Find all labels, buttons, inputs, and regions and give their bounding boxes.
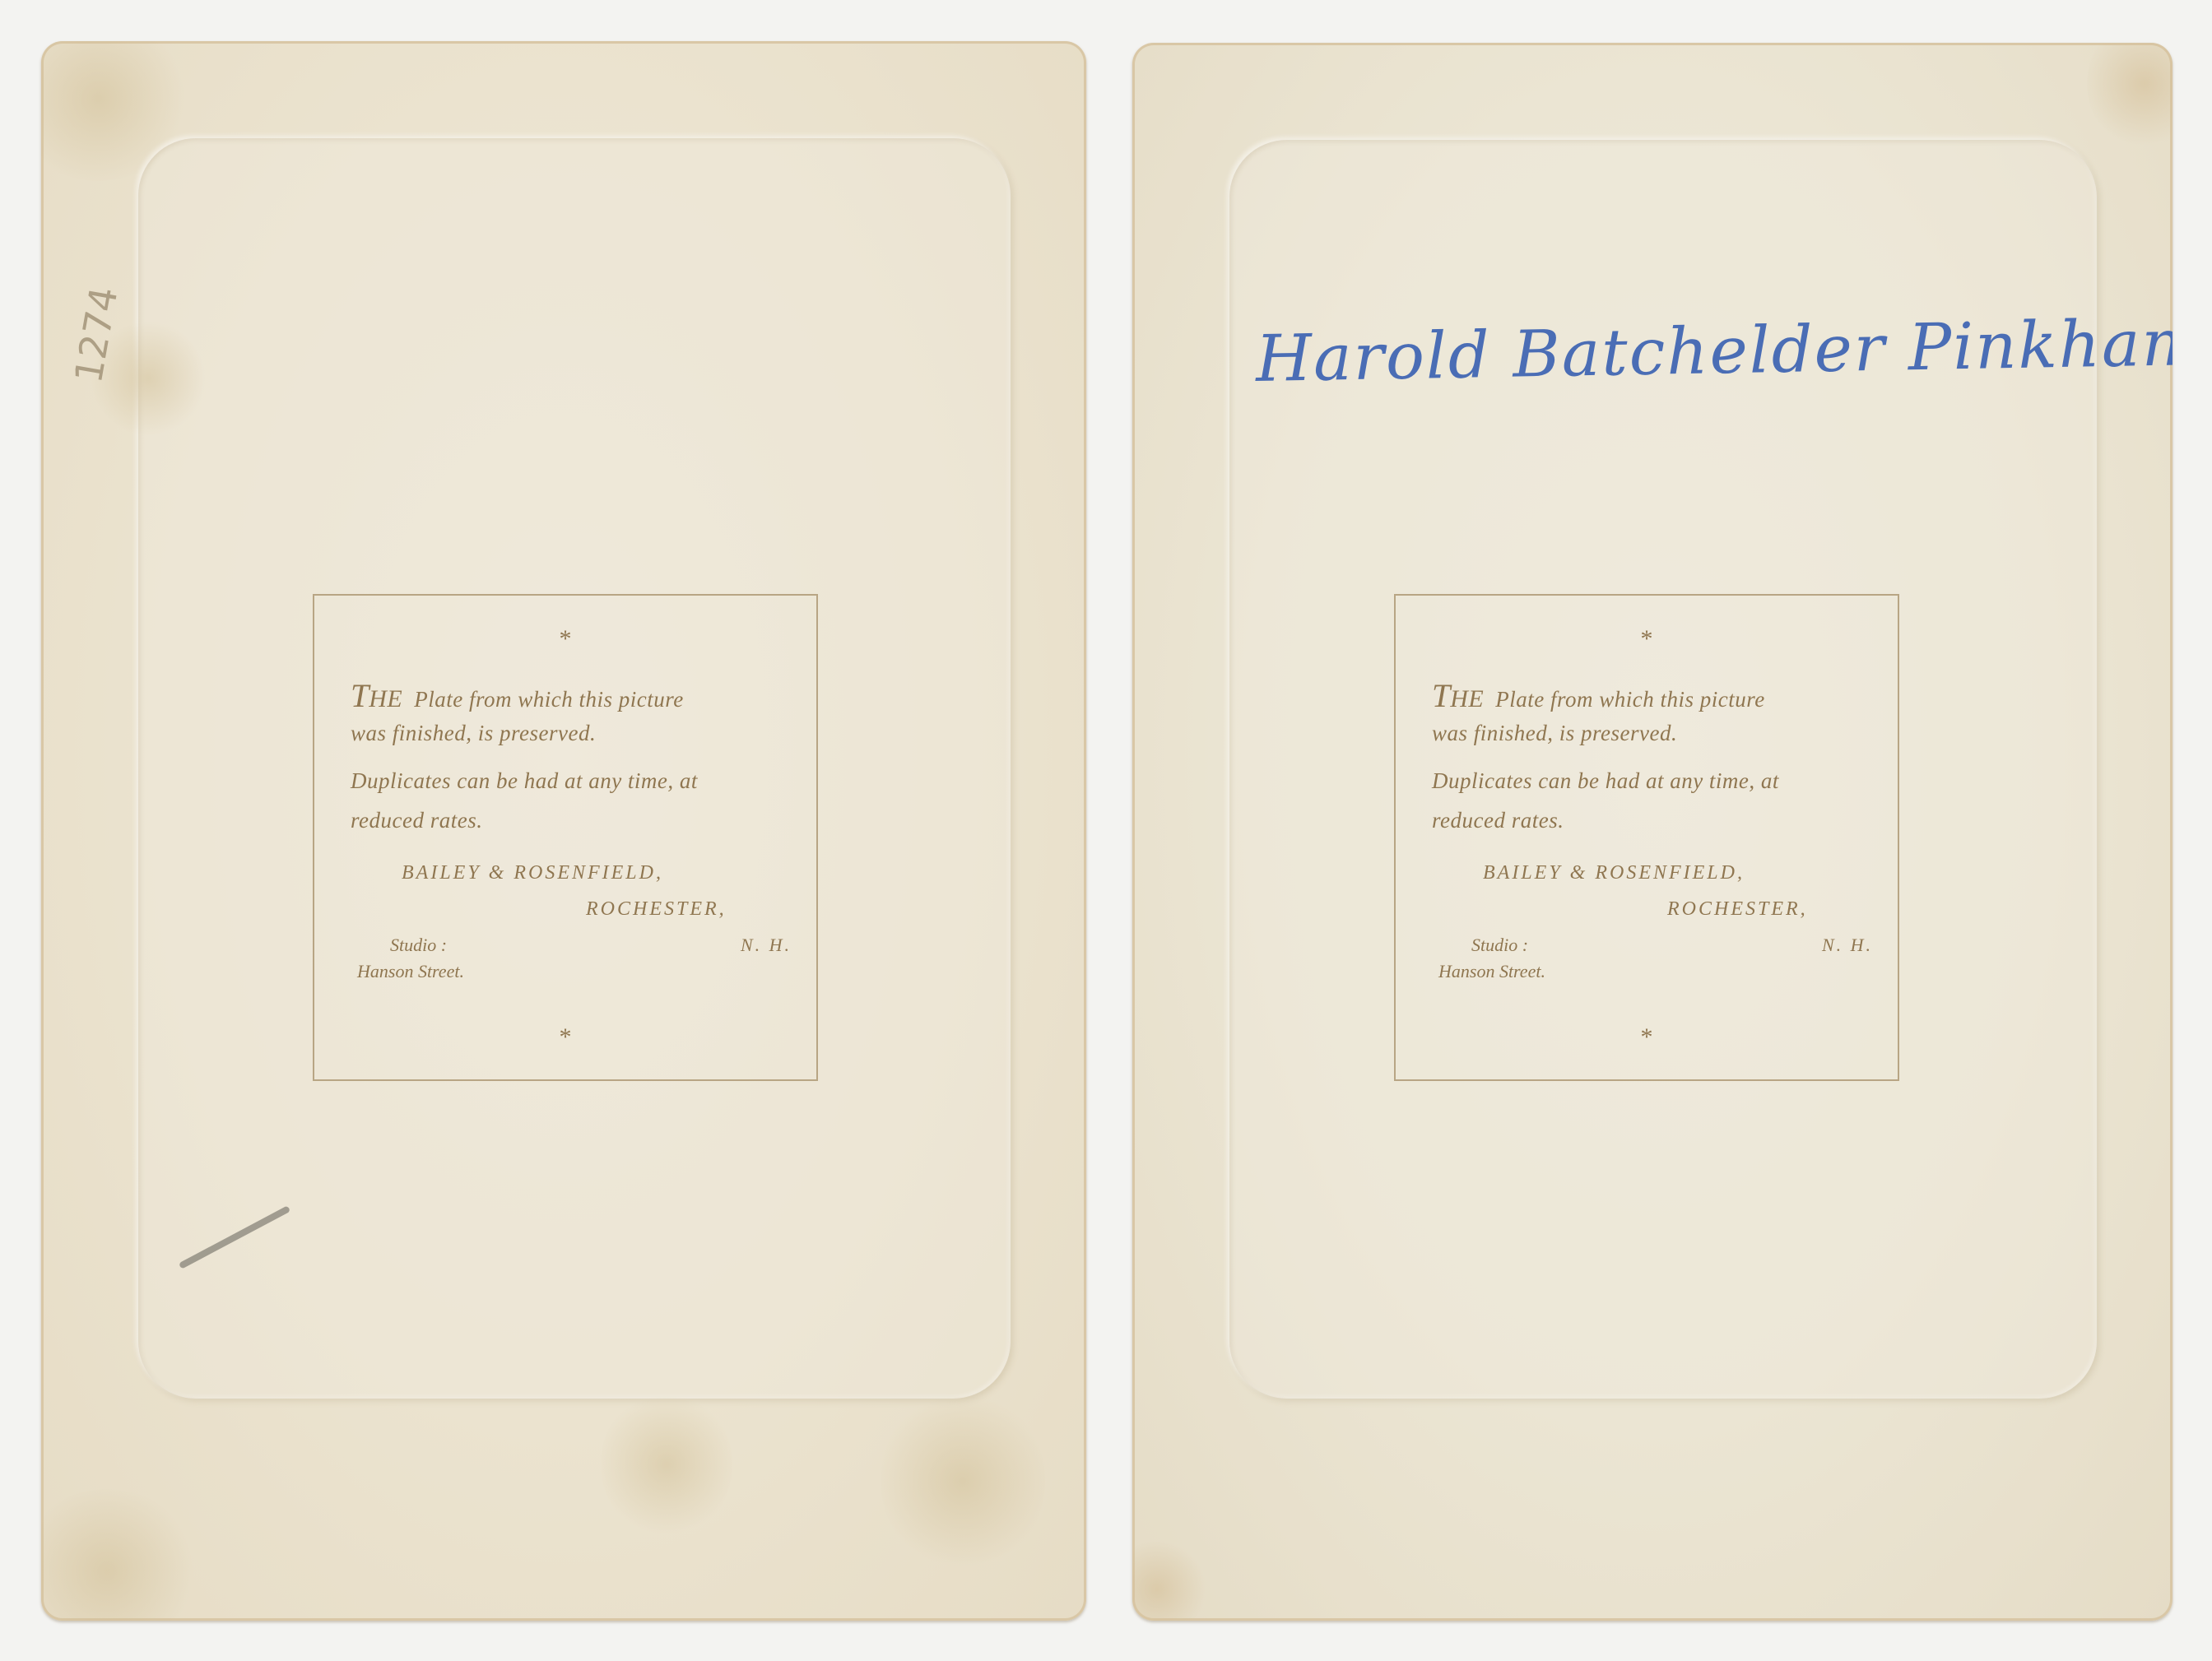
- state-label: N. H.: [741, 935, 792, 956]
- imprint-line-1-text: Plate from which this picture: [414, 687, 683, 712]
- asterisk-ornament-bottom: *: [314, 1023, 816, 1051]
- imprint-line-2: was finished, is preserved.: [1432, 721, 1677, 746]
- corner-wear: [1132, 1540, 1206, 1621]
- firm-city: ROCHESTER,: [1667, 898, 1808, 921]
- imprint-line-2: was finished, is preserved.: [351, 721, 596, 746]
- firm-name: BAILEY & ROSENFIELD,: [402, 862, 663, 884]
- imprint-line-1: THEPlate from which this picture: [351, 676, 684, 715]
- firm-name: BAILEY & ROSENFIELD,: [1483, 862, 1745, 884]
- studio-label: Studio :: [1471, 935, 1528, 956]
- asterisk-ornament-top: *: [314, 625, 816, 653]
- imprint-line-1-text: Plate from which this picture: [1495, 687, 1764, 712]
- studio-label: Studio :: [390, 935, 447, 956]
- photographer-imprint: * THEPlate from which this picture was f…: [1394, 594, 1899, 1081]
- dropcap-rest: HE: [1450, 685, 1484, 712]
- dropcap-rest: HE: [369, 685, 402, 712]
- imprint-line-4: reduced rates.: [351, 808, 482, 833]
- photographer-imprint: * THEPlate from which this picture was f…: [313, 594, 818, 1081]
- stain: [41, 1489, 197, 1621]
- stain: [881, 1390, 1045, 1571]
- dropcap: T: [1432, 677, 1450, 714]
- card-back-right: Harold Batchelder Pinkham * THEPlate fro…: [1132, 43, 2172, 1621]
- dropcap: T: [351, 677, 369, 714]
- corner-wear: [2087, 43, 2172, 150]
- street-label: Hanson Street.: [357, 961, 464, 982]
- card-back-left: 1274 * THEPlate from which this picture …: [41, 41, 1086, 1621]
- asterisk-ornament-top: *: [1396, 625, 1898, 653]
- street-label: Hanson Street.: [1438, 961, 1545, 982]
- imprint-line-1: THEPlate from which this picture: [1432, 676, 1765, 715]
- pencil-inventory-number: 1274: [66, 284, 127, 387]
- asterisk-ornament-bottom: *: [1396, 1023, 1898, 1051]
- imprint-line-3: Duplicates can be had at any time, at: [1432, 768, 1779, 794]
- handwritten-name: Harold Batchelder Pinkham: [1255, 306, 2172, 397]
- imprint-line-3: Duplicates can be had at any time, at: [351, 768, 698, 794]
- stain: [601, 1390, 732, 1538]
- imprint-line-4: reduced rates.: [1432, 808, 1564, 833]
- firm-city: ROCHESTER,: [586, 898, 727, 921]
- state-label: N. H.: [1822, 935, 1873, 956]
